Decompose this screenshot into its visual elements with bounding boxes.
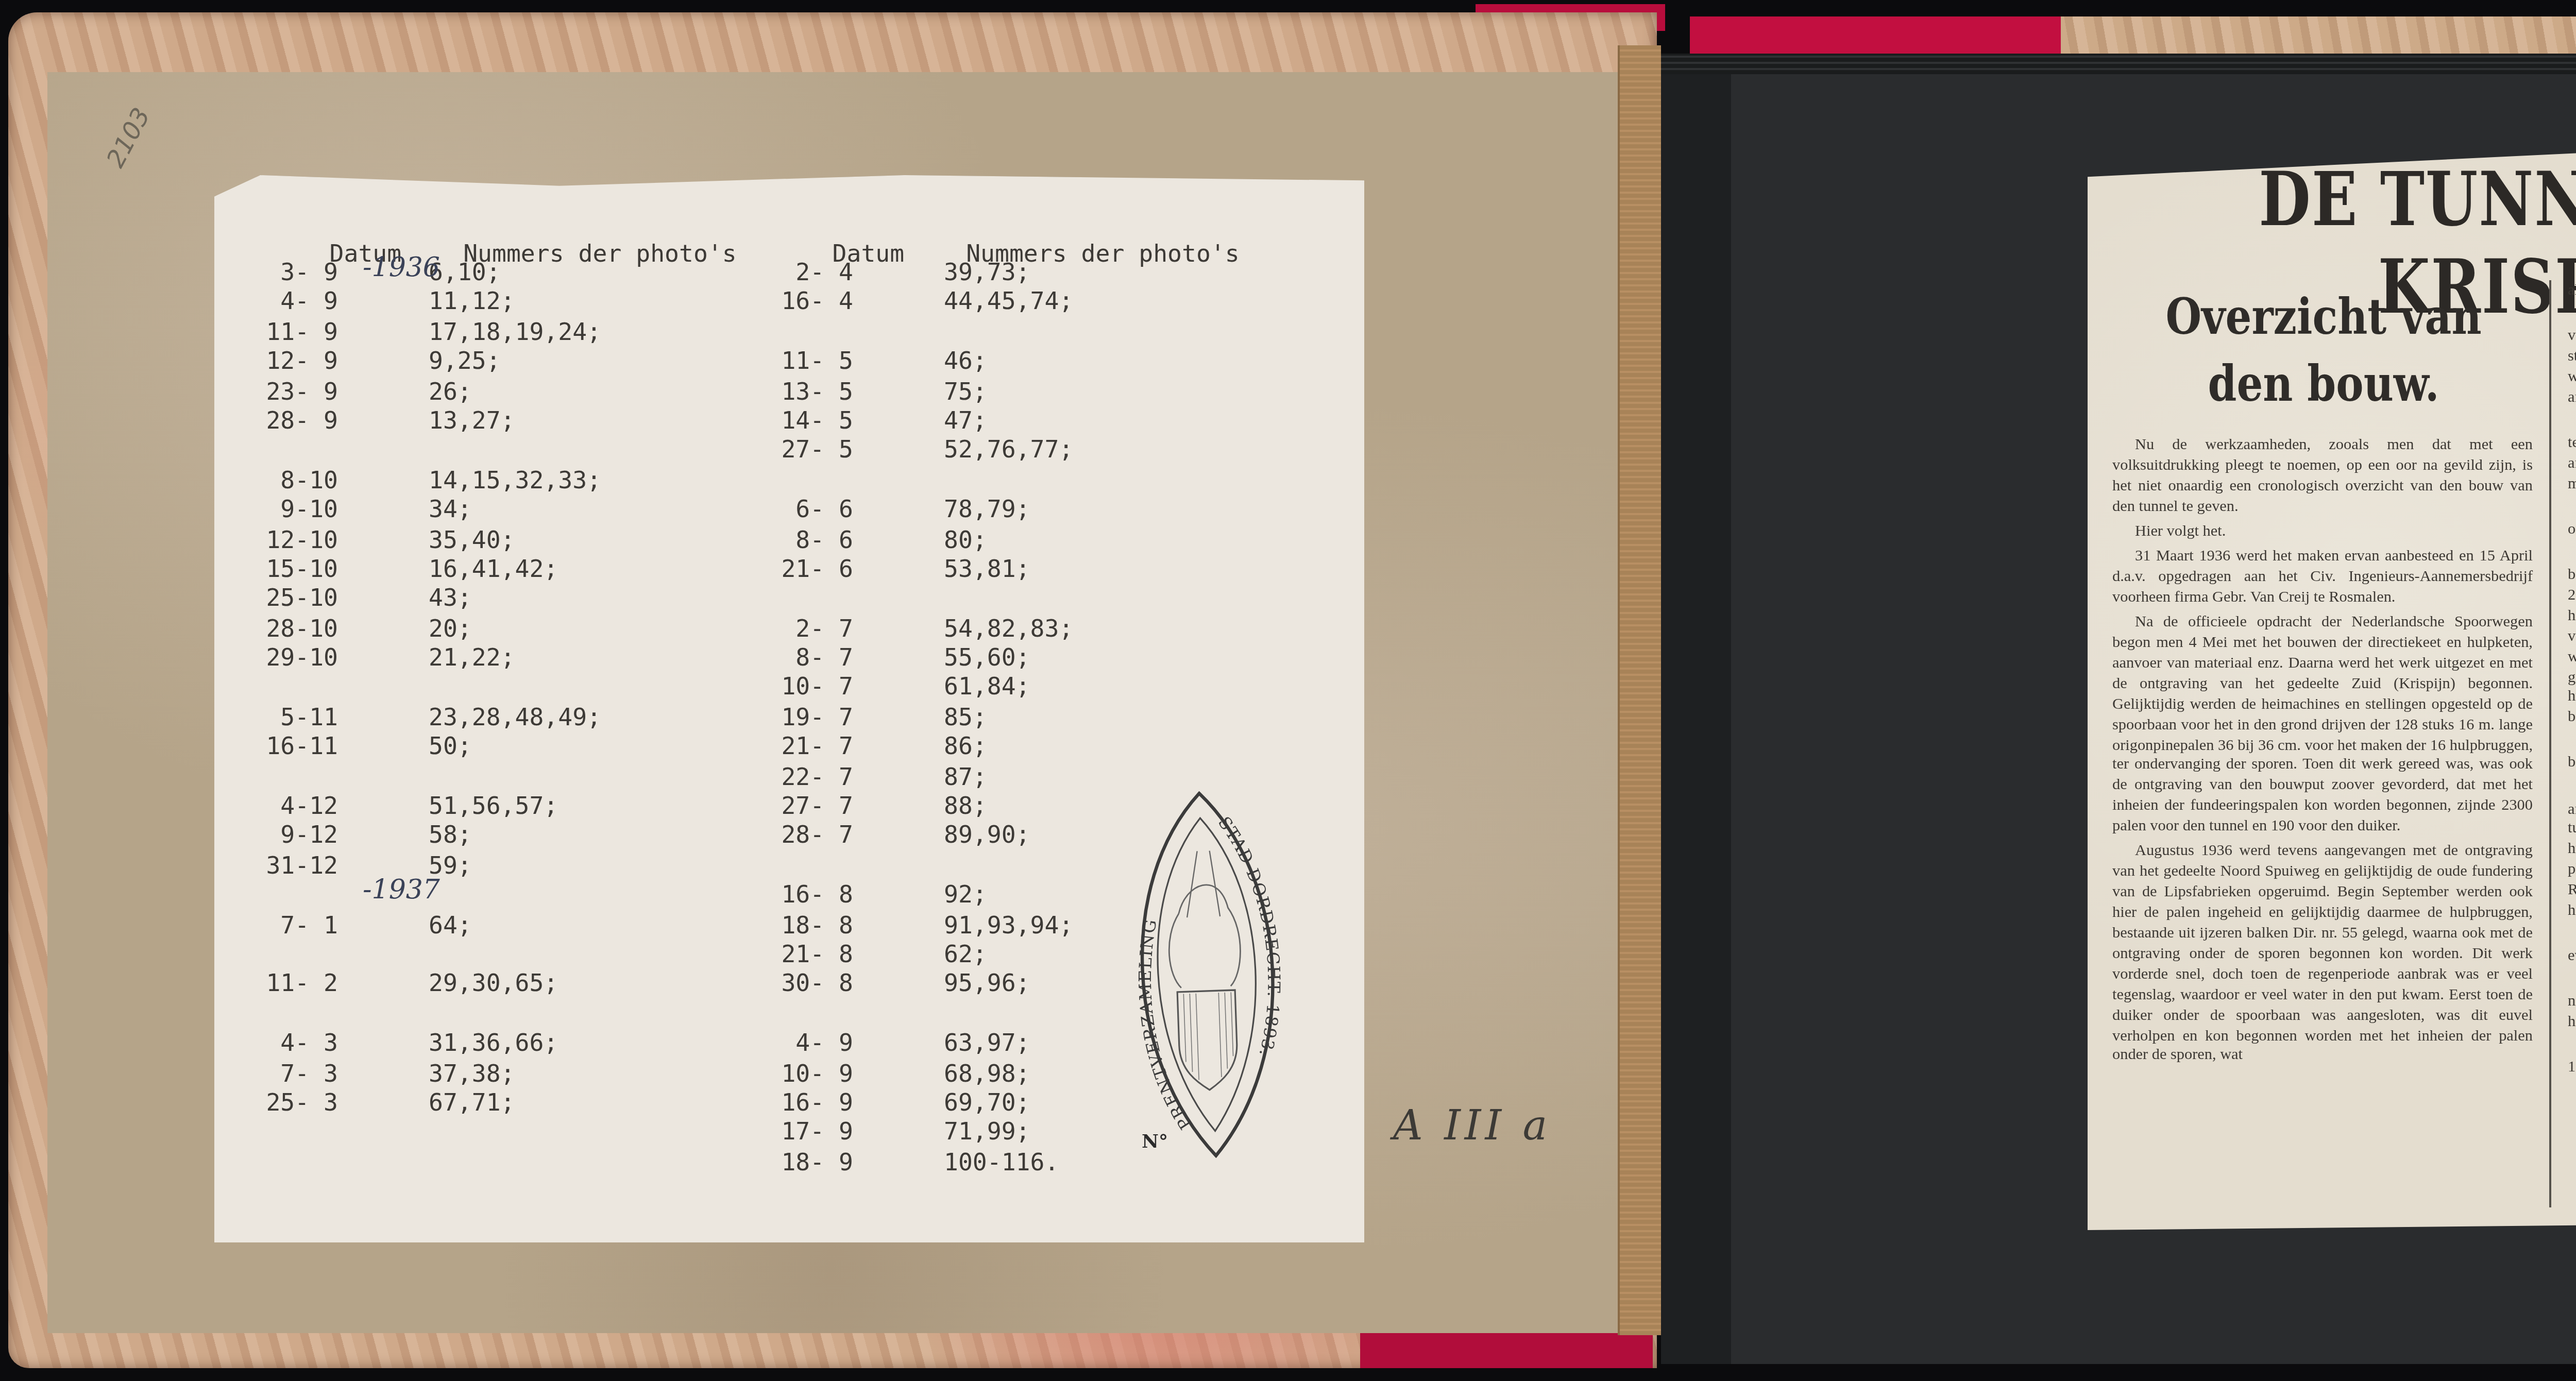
index-date: 11- 5 (730, 347, 853, 377)
index-row: 12- 99,25; (214, 347, 338, 377)
index-date: 11- 2 (214, 969, 338, 999)
index-photo-numbers: 55,60; (944, 643, 1030, 673)
index-row: 3- 96,10; (214, 258, 338, 287)
index-date: 12-10 (214, 524, 338, 554)
index-row: 8- 680; (730, 524, 853, 554)
binding-red-tab-right (1690, 16, 2065, 54)
index-photo-numbers: 58; (429, 821, 472, 851)
index-photo-numbers: 47; (944, 406, 987, 436)
index-photo-numbers: 100-116. (944, 1147, 1059, 1177)
article-paragraph: In Januari 1937 werd doorgegaan met de w… (2568, 412, 2576, 494)
index-row: 29-1021,22; (214, 643, 338, 673)
index-row: 17- 971,99; (730, 1117, 853, 1147)
index-date: 16- 4 (730, 287, 853, 317)
index-photo-numbers: 23,28,48,49; (429, 702, 601, 732)
album-spread: 2103 DatumNummers der photo's DatumNumme… (0, 0, 2576, 1380)
index-photo-numbers: 31,36,66; (429, 1029, 558, 1059)
index-spacer (730, 999, 853, 1029)
index-row: 8-1014,15,32,33; (214, 465, 338, 495)
handwritten-year-1936: -1936 (363, 253, 440, 284)
index-row: 4- 963,97; (730, 1029, 853, 1059)
index-photo-numbers: 9,25; (429, 347, 501, 377)
article-paragraph: Nu de werkzaamheden, zooals men dat met … (2112, 435, 2533, 517)
index-photo-numbers: 75; (944, 376, 987, 406)
index-photo-numbers: 43; (429, 584, 472, 613)
index-date: 28- 9 (214, 406, 338, 436)
subheadline-line-2: den bouw. (2112, 351, 2535, 418)
index-date: 10- 9 (730, 1058, 853, 1088)
index-date: 4- 9 (730, 1029, 853, 1059)
index-date: 21- 8 (730, 940, 853, 969)
index-spacer (730, 465, 853, 495)
index-spacer (730, 584, 853, 613)
index-row: 8- 755,60; (730, 643, 853, 673)
index-row: 22- 787; (730, 762, 853, 792)
index-spacer (214, 435, 338, 465)
article-paragraph: 2 Maart was ook het grondwerk circa 1500… (2568, 544, 2576, 728)
index-photo-numbers: 78,79; (944, 495, 1030, 525)
article-paragraph: Na de officieele opdracht der Nederlands… (2112, 612, 2533, 837)
index-row: 4- 331,36,66; (214, 1029, 338, 1059)
right-marbled-cover-edge (2061, 16, 2576, 58)
index-date: 8- 7 (730, 643, 853, 673)
index-date: 25- 3 (214, 1088, 338, 1118)
column-rule (2549, 280, 2550, 1207)
index-row: 10- 968,98; (730, 1058, 853, 1088)
handwritten-year-1937: -1937 (363, 876, 440, 907)
index-row: 10- 761,84; (730, 673, 853, 703)
clipping-subheadline: Overzicht van den bouw. (2112, 284, 2535, 418)
index-photo-numbers: 85; (944, 702, 987, 732)
index-photo-numbers: 86; (944, 732, 987, 762)
article-paragraph: 31 Maart 1936 werd het maken ervan aanbe… (2112, 547, 2533, 608)
index-row: 9-1258; (214, 821, 338, 851)
index-spacer (730, 317, 853, 347)
index-date: 9-12 (214, 821, 338, 851)
index-date: 17- 9 (730, 1117, 853, 1147)
index-date: 18- 9 (730, 1147, 853, 1177)
index-date: 4-12 (214, 791, 338, 821)
index-date: 12- 9 (214, 347, 338, 377)
index-photo-numbers: 20; (429, 613, 472, 643)
index-photo-numbers: 44,45,74; (944, 287, 1073, 317)
index-date: 2- 4 (730, 258, 853, 287)
index-date: 13- 5 (730, 376, 853, 406)
newspaper-clipping: DE TUNNEL AAN KRISPIJN. Overzicht van de… (2088, 144, 2576, 1230)
page-stack-edge (1661, 54, 2576, 74)
index-row: 28- 913,27; (214, 406, 338, 436)
index-row: 18- 9100-116. (730, 1147, 853, 1177)
index-date: 27- 5 (730, 435, 853, 465)
index-date: 29-10 (214, 643, 338, 673)
index-row: 2- 439,73; (730, 258, 853, 287)
index-row: 7- 337,38; (214, 1058, 338, 1088)
index-photo-numbers: 34; (429, 495, 472, 525)
index-photo-numbers: 71,99; (944, 1117, 1030, 1147)
index-photo-numbers: 69,70; (944, 1088, 1030, 1118)
index-date: 18- 8 (730, 910, 853, 940)
index-date: 21- 6 (730, 554, 853, 584)
index-row: 11- 917,18,19,24; (214, 317, 338, 347)
index-row: 19- 785; (730, 702, 853, 732)
index-date: 9-10 (214, 495, 338, 525)
index-row: 16- 969,70; (730, 1088, 853, 1118)
index-column-1937: 2- 439,73;16- 444,45,74;11- 546;13- 575;… (730, 258, 853, 1177)
index-photo-numbers: 95,96; (944, 969, 1030, 999)
stamp-text-right: STAD DORDRECHT. 1893. (1214, 811, 1286, 1061)
index-photo-numbers: 14,15,32,33; (429, 465, 601, 495)
index-photo-numbers: 62; (944, 940, 987, 969)
article-paragraph: Gemaakt 9000 m 3. bekisting; verwerkt 54… (2568, 1037, 2576, 1078)
index-row: 25- 367,71; (214, 1088, 338, 1118)
index-row: 9-1034; (214, 495, 338, 525)
index-row: 25-1043; (214, 584, 338, 613)
index-row: 7- 164; (214, 910, 338, 940)
article-paragraph: Maandag 26 Juli was ook de overdekking o… (2568, 732, 2576, 773)
index-photo-numbers: 64; (429, 910, 472, 940)
index-row: 5-1123,28,48,49; (214, 702, 338, 732)
index-photo-numbers: 89,90; (944, 821, 1030, 851)
article-paragraph: Hier volgt het. (2112, 521, 2533, 542)
dordrecht-seal-icon: PRENTVERZAMELING STAD DORDRECHT. 1893. (1121, 787, 1291, 1163)
header-numbers: Nummers der photo's (463, 239, 737, 268)
index-row: 6- 678,79; (730, 495, 853, 525)
index-row: 16-1150; (214, 732, 338, 762)
index-date: 8-10 (214, 465, 338, 495)
index-row: 4- 911,12; (214, 287, 338, 317)
index-photo-numbers: 87; (944, 762, 987, 792)
article-paragraph: voor den oprit Zuidzijde (Krispijn) de b… (2568, 326, 2576, 407)
index-row: 11- 546; (730, 347, 853, 377)
index-date: 11- 9 (214, 317, 338, 347)
binding-red-tab-bottom (1360, 1327, 1653, 1368)
index-photo-numbers: 39,73; (944, 258, 1030, 287)
index-date: 15-10 (214, 554, 338, 584)
index-row: 28- 789,90; (730, 821, 853, 851)
index-photo-numbers: 63,97; (944, 1029, 1030, 1059)
index-date: 8- 6 (730, 524, 853, 554)
index-date: 27- 7 (730, 791, 853, 821)
index-date: 7- 1 (214, 910, 338, 940)
index-date: 25-10 (214, 584, 338, 613)
index-photo-numbers: 46; (944, 347, 987, 377)
index-date: 16-11 (214, 732, 338, 762)
cloth-hinge (1618, 45, 1661, 1335)
index-photo-numbers: 11,12; (429, 287, 515, 317)
index-row: 27- 552,76,77; (730, 435, 853, 465)
article-column-left: Nu de werkzaamheden, zooals men dat met … (2112, 435, 2533, 1071)
index-row: 30- 895,96; (730, 969, 853, 999)
index-photo-numbers: 54,82,83; (944, 613, 1073, 643)
article-paragraph: Voor zoover niet in bovenstaande opsommi… (2568, 971, 2576, 1033)
index-spacer (214, 940, 338, 969)
index-row: 28-1020; (214, 613, 338, 643)
index-date: 14- 5 (730, 406, 853, 436)
article-paragraph: alleen 's nachts moest gebeuren, als al … (2568, 280, 2576, 301)
index-row: 27- 788; (730, 791, 853, 821)
article-column-right: alleen 's nachts moest gebeuren, als al … (2568, 280, 2576, 1083)
index-date: 23- 9 (214, 376, 338, 406)
article-paragraph: Augustus 1936 werd tevens aangevangen me… (2112, 842, 2533, 1066)
index-spacer (214, 999, 338, 1029)
index-date: 10- 7 (730, 673, 853, 703)
index-row: 4-1251,56,57; (214, 791, 338, 821)
index-photo-numbers: 13,27; (429, 406, 515, 436)
index-date: 7- 3 (214, 1058, 338, 1088)
index-date: 16- 9 (730, 1088, 853, 1118)
index-photo-numbers: 17,18,19,24; (429, 317, 601, 347)
index-row: 16- 892; (730, 880, 853, 910)
article-paragraph: Zaterdag 31 Juli waren de hulpbrugpalen … (2568, 778, 2576, 921)
index-photo-numbers: 61,84; (944, 673, 1030, 703)
index-photo-numbers: 67,71; (429, 1088, 515, 1118)
index-photo-numbers: 51,56,57; (429, 791, 558, 821)
index-photo-numbers: 80; (944, 524, 987, 554)
index-date: 4- 9 (214, 287, 338, 317)
index-row: 12-1035,40; (214, 524, 338, 554)
index-row: 23- 926; (214, 376, 338, 406)
index-photo-numbers: 91,93,94; (944, 910, 1073, 940)
index-date: 2- 7 (730, 613, 853, 643)
svg-text:STAD DORDRECHT. 1893.: STAD DORDRECHT. 1893. (1214, 811, 1286, 1061)
index-date: 19- 7 (730, 702, 853, 732)
stamp-number-label: N° (1142, 1133, 1168, 1154)
index-spacer (214, 673, 338, 703)
index-column-1936: 3- 96,10;4- 911,12;11- 917,18,19,24;12- … (214, 258, 338, 1117)
index-photo-numbers: 88; (944, 791, 987, 821)
index-row: 21- 653,81; (730, 554, 853, 584)
article-paragraph: De afwerking heeft tusschen den bouw doo… (2568, 926, 2576, 966)
index-date: 28- 7 (730, 821, 853, 851)
index-date: 5-11 (214, 702, 338, 732)
index-photo-numbers: 21,22; (429, 643, 515, 673)
index-row: 21- 786; (730, 732, 853, 762)
index-photo-numbers: 37,38; (429, 1058, 515, 1088)
index-spacer (730, 850, 853, 880)
index-date: 6- 6 (730, 495, 853, 525)
index-date: 4- 3 (214, 1029, 338, 1059)
index-photo-numbers: 52,76,77; (944, 435, 1073, 465)
index-row: 11- 229,30,65; (214, 969, 338, 999)
index-photo-numbers: 29,30,65; (429, 969, 558, 999)
index-photo-numbers: 68,98; (944, 1058, 1030, 1088)
index-photo-numbers: 26; (429, 376, 472, 406)
index-date: 31-12 (214, 850, 338, 880)
index-date: 21- 7 (730, 732, 853, 762)
index-row: 2- 754,82,83; (730, 613, 853, 643)
index-row: 14- 547; (730, 406, 853, 436)
index-date: 3- 9 (214, 258, 338, 287)
index-photo-numbers: 92; (944, 880, 987, 910)
article-paragraph: Tijdens dit werk was men reeds begonnen … (2568, 305, 2576, 326)
index-spacer (214, 762, 338, 792)
collection-stamp: PRENTVERZAMELING STAD DORDRECHT. 1893. (1121, 787, 1291, 1163)
index-date: 22- 7 (730, 762, 853, 792)
index-photo-numbers: 35,40; (429, 524, 515, 554)
index-photo-numbers: 16,41,42; (429, 554, 558, 584)
handwritten-shelfmark: A III a (1393, 1100, 1551, 1150)
index-row: 31-1259; (214, 850, 338, 880)
index-row: 16- 444,45,74; (730, 287, 853, 317)
subheadline-line-1: Overzicht van (2112, 284, 2535, 351)
index-row: 21- 862; (730, 940, 853, 969)
index-row: 13- 575; (730, 376, 853, 406)
index-date: 16- 8 (730, 880, 853, 910)
index-row: 15-1016,41,42; (214, 554, 338, 584)
index-date: 28-10 (214, 613, 338, 643)
index-photo-numbers: 50; (429, 732, 472, 762)
index-spacer (214, 880, 338, 910)
index-photo-numbers: 53,81; (944, 554, 1030, 584)
article-paragraph: 25 Februari was ook hier het heiwerk ger… (2568, 499, 2576, 539)
index-date: 30- 8 (730, 969, 853, 999)
index-row: 18- 891,93,94; (730, 910, 853, 940)
